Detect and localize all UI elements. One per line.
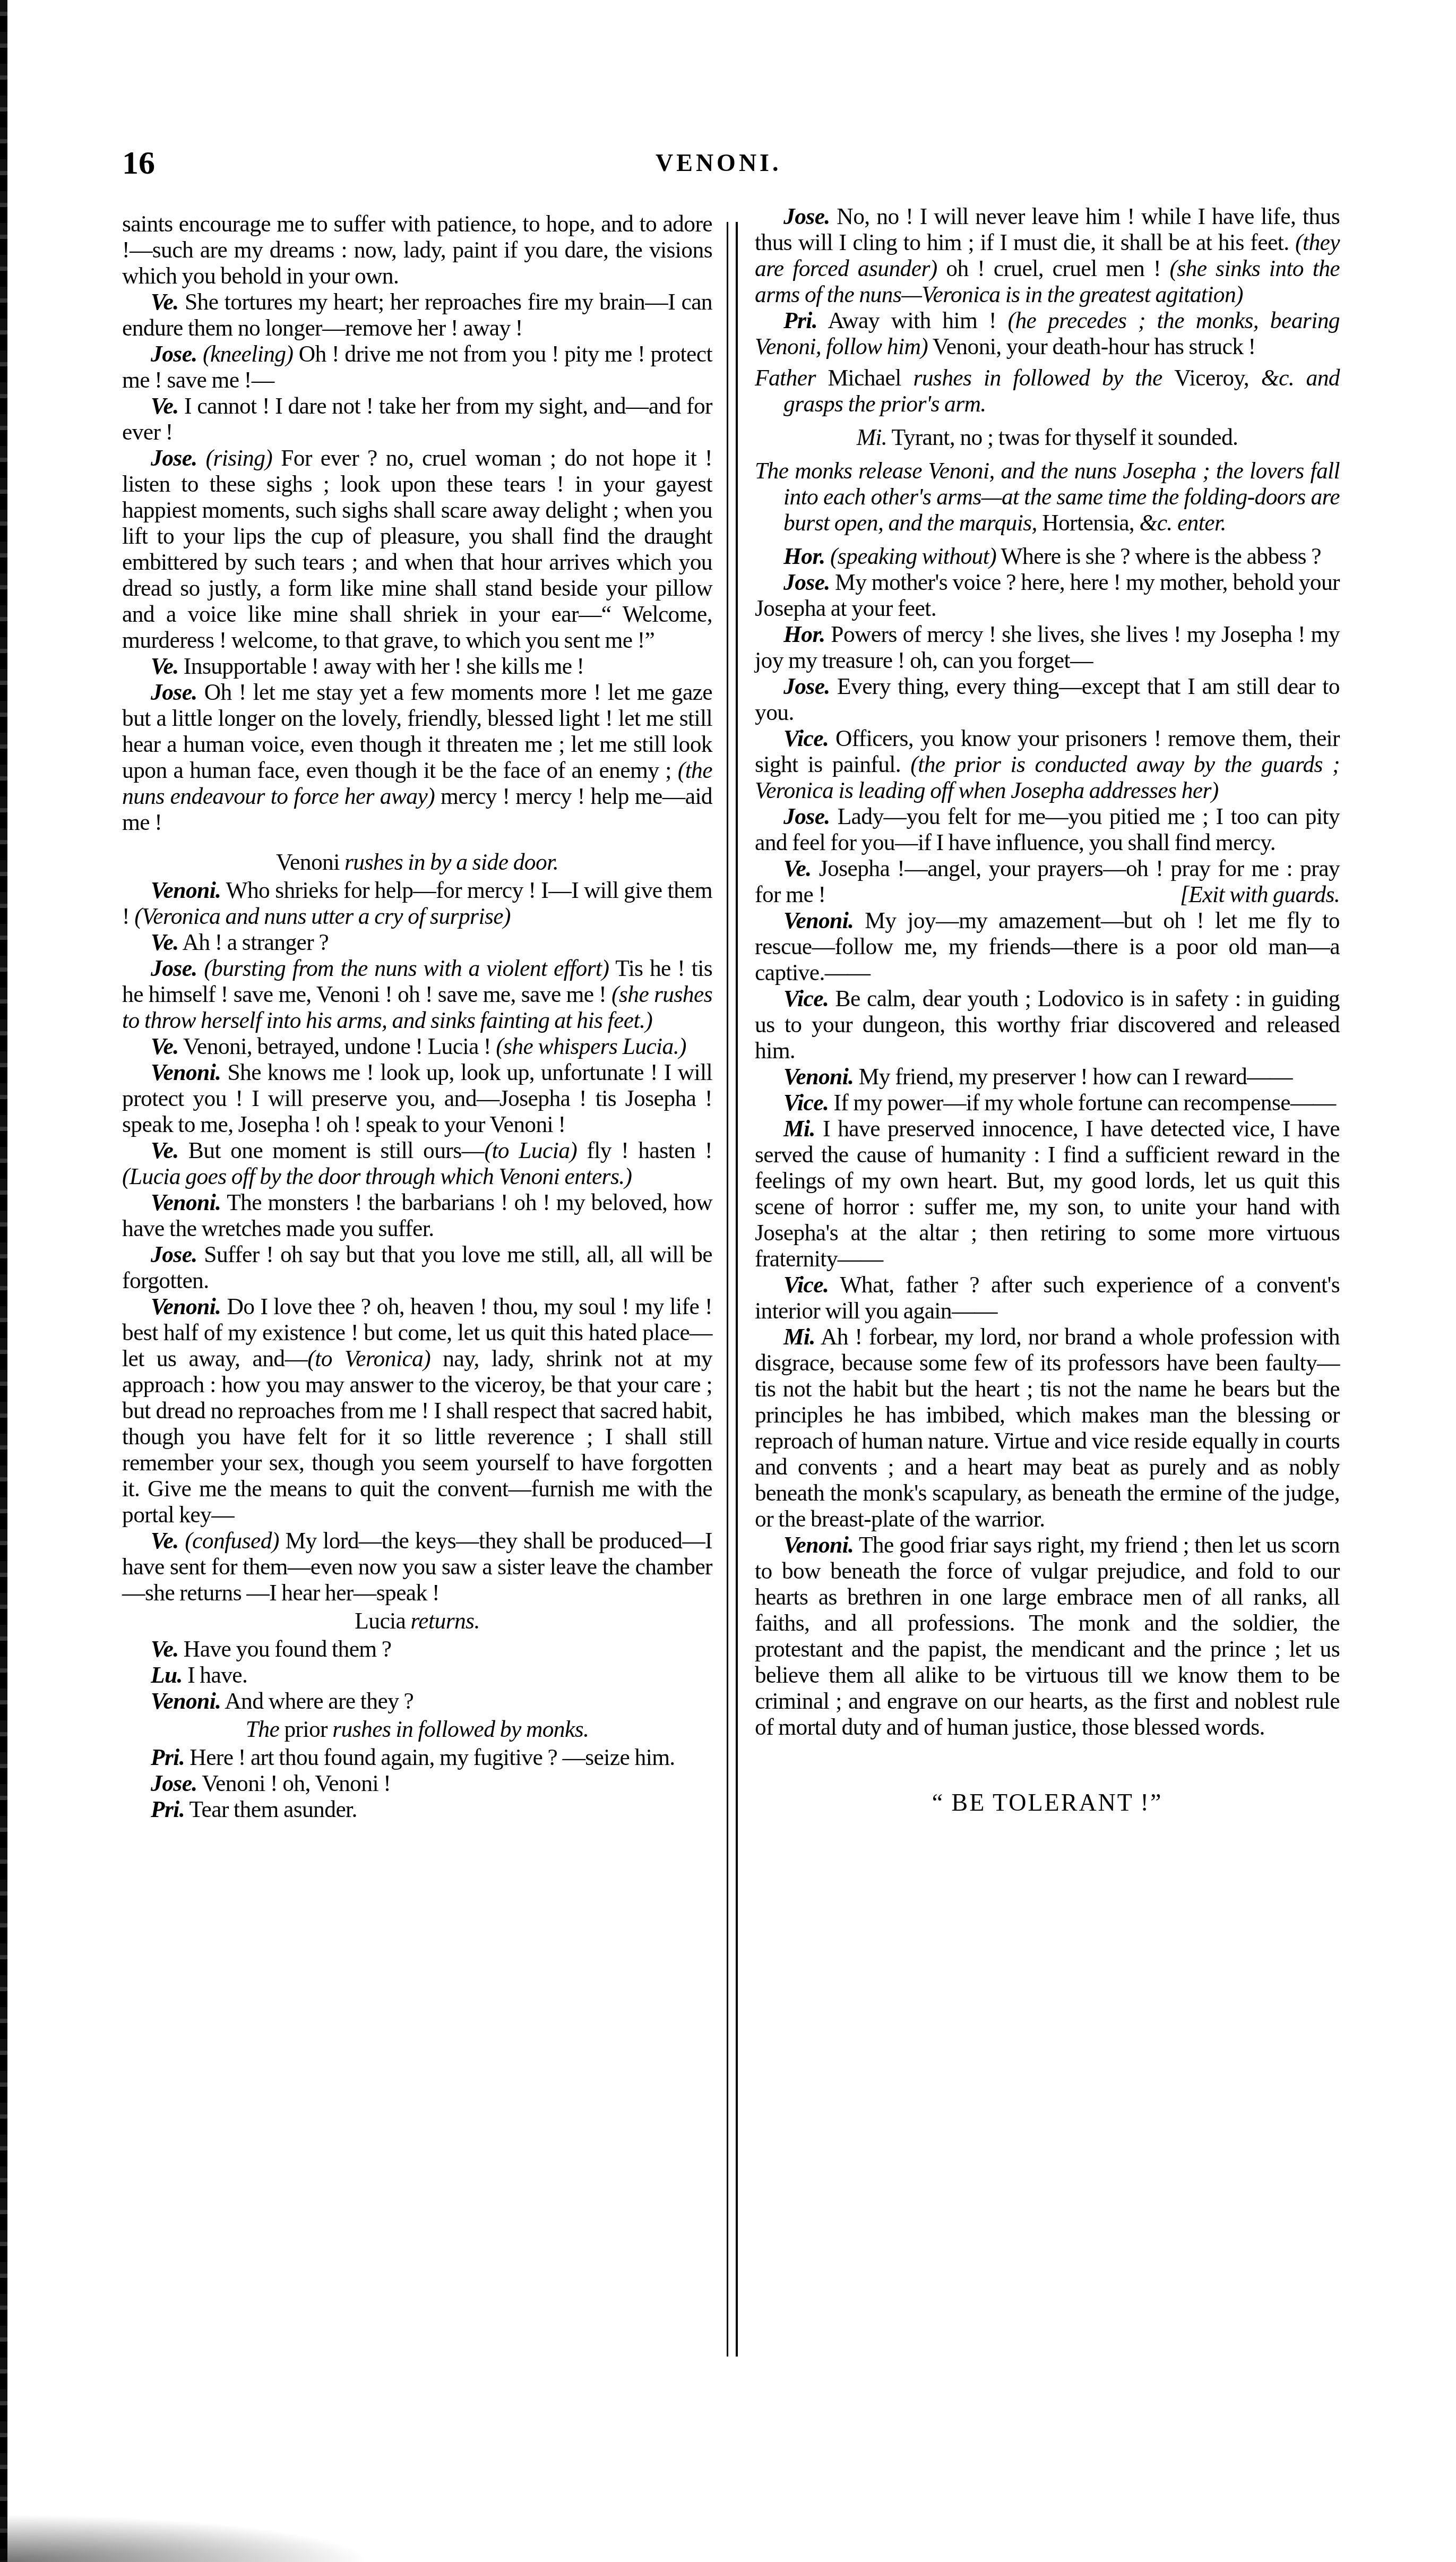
right-column: Jose. No, no ! I will never leave him ! … <box>755 204 1340 1815</box>
scan-smudge <box>0 2514 372 2562</box>
speaker: Hor. <box>783 622 825 647</box>
speech: Ve. (confused) My lord—the keys—they sha… <box>122 1528 712 1606</box>
speaker: Ve. <box>151 1138 179 1163</box>
speaker: Ve. <box>151 1528 179 1554</box>
speech: Ve. Insupportable ! away with her ! she … <box>122 654 712 680</box>
speaker: Venoni. <box>151 878 221 903</box>
speech: Vice. Officers, you know your prisoners … <box>755 726 1340 804</box>
speech: Ve. Venoni, betrayed, undone ! Lucia ! (… <box>122 1034 712 1060</box>
speaker: Hor. <box>783 544 825 569</box>
speaker: Ve. <box>151 654 179 679</box>
speaker: Venoni. <box>783 1532 854 1558</box>
speech: Pri. Away with him ! (he precedes ; the … <box>755 308 1340 360</box>
speaker: Lu. <box>151 1663 183 1688</box>
speaker: Ve. <box>151 1034 179 1059</box>
speech: Jose. No, no ! I will never leave him ! … <box>755 204 1340 308</box>
speaker: Jose. <box>783 674 830 699</box>
speaker: Jose. <box>783 570 830 595</box>
speech: Venoni. Do I love thee ? oh, heaven ! th… <box>122 1294 712 1528</box>
speaker: Mi. <box>783 1324 815 1350</box>
stage-direction: (to Veronica) <box>307 1346 430 1372</box>
speaker: Jose. <box>151 445 197 471</box>
speaker: Jose. <box>783 804 830 829</box>
speech: Pri. Here ! art thou found again, my fug… <box>122 1745 712 1771</box>
spacer <box>122 836 712 847</box>
speech: Ve. I cannot ! I dare not ! take her fro… <box>122 393 712 445</box>
speech: Jose. Oh ! let me stay yet a few moments… <box>122 680 712 836</box>
speech: Ve. But one moment is still ours—(to Luc… <box>122 1138 712 1190</box>
stage-direction: (she whispers Lucia.) <box>496 1034 686 1059</box>
speaker: Ve. <box>151 1636 179 1662</box>
column-rule <box>736 222 738 2357</box>
speech: Hor. Powers of mercy ! she lives, she li… <box>755 622 1340 674</box>
speech: Venoni. She knows me ! look up, look up,… <box>122 1060 712 1138</box>
speaker: Venoni. <box>151 1190 221 1215</box>
scanned-page-edge <box>0 0 7 2562</box>
speaker: Jose. <box>151 680 197 705</box>
speech: Venoni. And where are they ? <box>122 1689 712 1715</box>
stage-direction: (confused) <box>185 1528 279 1554</box>
speech: Vice. Be calm, dear youth ; Lodovico is … <box>755 986 1340 1064</box>
column-rule <box>727 222 728 2357</box>
speaker: Vice. <box>783 986 829 1012</box>
stage-direction: (speaking without) <box>830 544 996 569</box>
speaker: Pri. <box>151 1745 185 1770</box>
stage-direction: (to Lucia) <box>485 1138 578 1163</box>
speech: Jose. Every thing, every thing—except th… <box>755 674 1340 726</box>
speech: Jose. (kneeling) Oh ! drive me not from … <box>122 341 712 393</box>
continued-paragraph: saints encourage me to suffer with patie… <box>122 211 712 289</box>
speech: Venoni. My joy—my amazement—but oh ! let… <box>755 908 1340 986</box>
speech: Jose. Suffer ! oh say but that you love … <box>122 1242 712 1294</box>
speech: Pri. Tear them asunder. <box>122 1797 712 1823</box>
speaker: Pri. <box>151 1797 185 1822</box>
stage-direction-block: Father Michael rushes in followed by the… <box>755 365 1340 417</box>
speech: Mi. I have preserved innocence, I have d… <box>755 1116 1340 1272</box>
speaker: Venoni. <box>151 1689 221 1714</box>
stage-direction-line: Lucia returns. <box>122 1608 712 1634</box>
closing-motto: “ BE TOLERANT !” <box>755 1789 1340 1815</box>
speech: Ve. Josepha !—angel, your prayers—oh ! p… <box>755 856 1340 908</box>
exit-direction: [Exit with guards. <box>1151 882 1340 908</box>
stage-direction-block: The monks release Venoni, and the nuns J… <box>755 458 1340 536</box>
speech: Hor. (speaking without) Where is she ? w… <box>755 544 1340 570</box>
speech: Ve. She tortures my heart; her reproache… <box>122 289 712 341</box>
page-number: 16 <box>122 144 155 182</box>
speaker: Mi. <box>857 425 887 450</box>
speaker: Ve. <box>151 393 179 419</box>
speaker: Ve. <box>151 930 179 955</box>
speaker: Vice. <box>783 726 829 751</box>
speech: Jose. Venoni ! oh, Venoni ! <box>122 1771 712 1797</box>
speaker: Vice. <box>783 1090 829 1116</box>
speech: Vice. If my power—if my whole fortune ca… <box>755 1090 1340 1116</box>
speaker: Jose. <box>151 956 197 981</box>
speech: Venoni. The good friar says right, my fr… <box>755 1532 1340 1741</box>
speech: Mi. Tyrant, no ; twas for thyself it sou… <box>755 425 1340 451</box>
stage-direction: (Lucia goes off by the door through whic… <box>122 1164 632 1189</box>
speech: Jose. My mother's voice ? here, here ! m… <box>755 570 1340 622</box>
speech: Jose. (rising) For ever ? no, cruel woma… <box>122 445 712 654</box>
speaker: Vice. <box>783 1272 829 1298</box>
speech: Mi. Ah ! forbear, my lord, nor brand a w… <box>755 1324 1340 1532</box>
left-column: saints encourage me to suffer with patie… <box>122 211 712 1823</box>
speaker: Ve. <box>783 856 812 881</box>
speaker: Jose. <box>151 1242 197 1267</box>
speaker: Jose. <box>151 1771 197 1796</box>
speaker: Jose. <box>783 204 830 229</box>
speaker: Venoni. <box>783 908 854 933</box>
speaker: Mi. <box>783 1116 815 1142</box>
speaker: Venoni. <box>783 1064 854 1090</box>
speaker: Jose. <box>151 341 197 367</box>
speech: Venoni. My friend, my preserver ! how ca… <box>755 1064 1340 1090</box>
speech: Ve. Ah ! a stranger ? <box>122 930 712 956</box>
speech: Lu. I have. <box>122 1663 712 1689</box>
speech: Vice. What, father ? after such experien… <box>755 1272 1340 1324</box>
running-head: 16 VENONI. <box>122 144 1340 176</box>
speech: Venoni. The monsters ! the barbarians ! … <box>122 1190 712 1242</box>
speech: Venoni. Who shrieks for help—for mercy !… <box>122 878 712 930</box>
stage-direction: (kneeling) <box>203 341 293 367</box>
speaker: Pri. <box>783 308 817 333</box>
speech: Jose. (bursting from the nuns with a vio… <box>122 956 712 1034</box>
stage-direction-line: The prior rushes in followed by monks. <box>122 1717 712 1743</box>
speaker: Venoni. <box>151 1294 221 1319</box>
stage-direction: (Veronica and nuns utter a cry of surpri… <box>134 904 511 929</box>
speaker: Venoni. <box>151 1060 221 1085</box>
speech: Ve. Have you found them ? <box>122 1636 712 1663</box>
running-title: VENONI. <box>656 149 782 177</box>
speaker: Ve. <box>151 289 179 315</box>
stage-direction: (bursting from the nuns with a violent e… <box>204 956 609 981</box>
speech: Jose. Lady—you felt for me—you pitied me… <box>755 804 1340 856</box>
stage-direction: (rising) <box>206 445 273 471</box>
stage-direction-line: Venoni rushes in by a side door. <box>122 850 712 876</box>
